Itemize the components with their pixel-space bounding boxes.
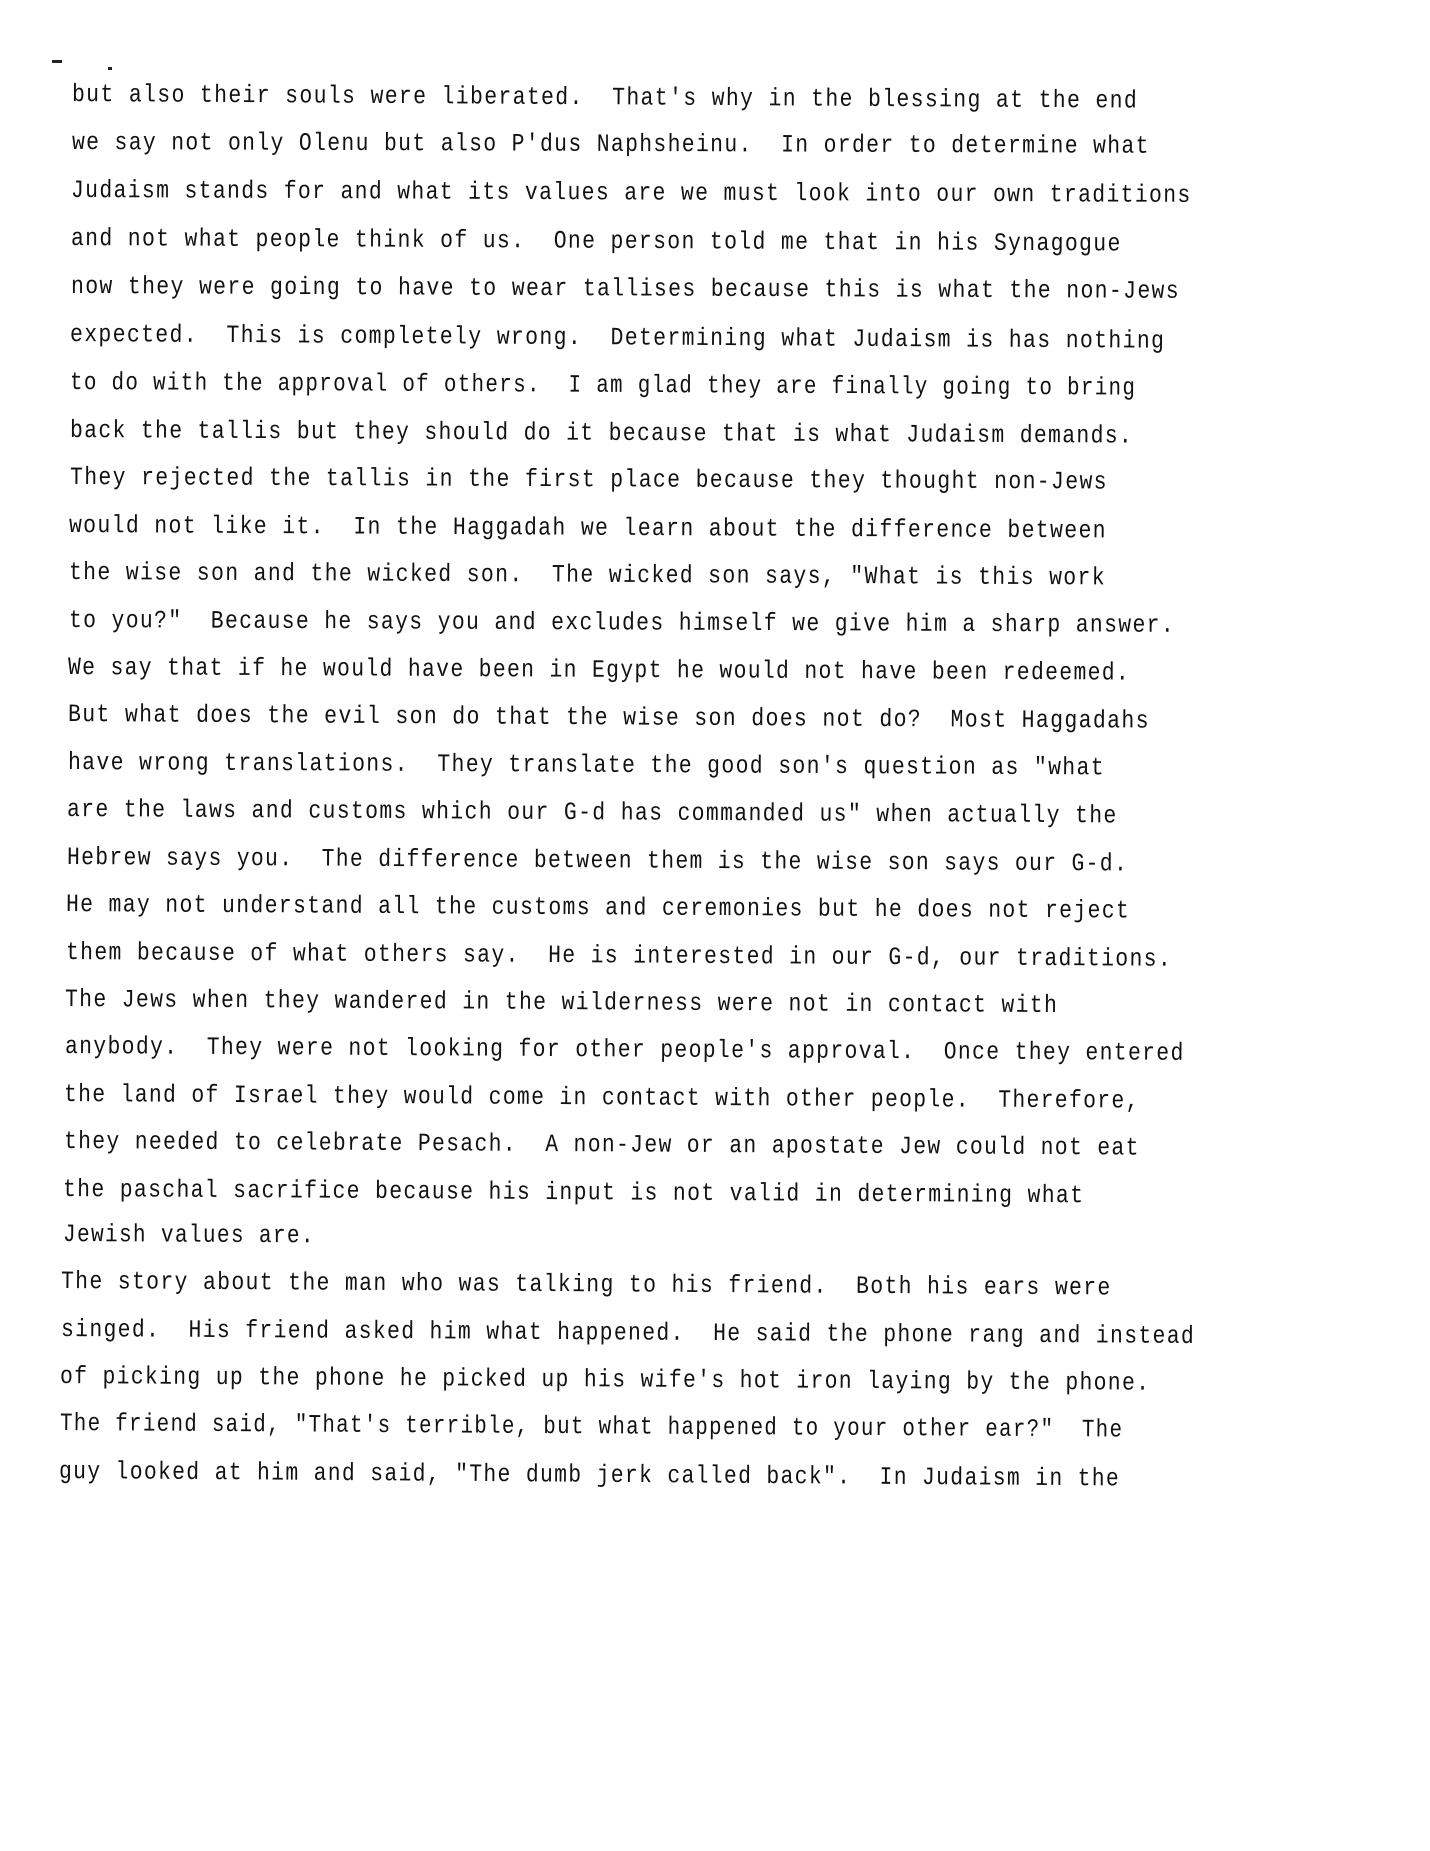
text-line: are the laws and customs which our G-d h… bbox=[67, 795, 1118, 831]
text-line: the wise son and the wicked son. The wic… bbox=[69, 558, 1106, 593]
text-line: singed. His friend asked him what happen… bbox=[61, 1315, 1195, 1352]
scan-speck-mark bbox=[108, 67, 112, 70]
scan-speck-mark bbox=[52, 60, 62, 63]
text-line: and not what people think of us. One per… bbox=[71, 224, 1122, 260]
text-line: anybody. They were not looking for other… bbox=[65, 1032, 1185, 1069]
text-line: to do with the approval of others. I am … bbox=[70, 368, 1136, 404]
text-line: the paschal sacrifice because his input … bbox=[63, 1175, 1085, 1211]
text-line: guy looked at him and said, "The dumb je… bbox=[59, 1457, 1120, 1494]
text-line: the land of Israel they would come in co… bbox=[64, 1080, 1140, 1117]
text-line: We say that if he would have been in Egy… bbox=[68, 653, 1130, 689]
text-line: them because of what others say. He is i… bbox=[66, 938, 1172, 975]
text-line: they needed to celebrate Pesach. A non-J… bbox=[64, 1127, 1140, 1164]
typewritten-page: but also their souls were liberated. Tha… bbox=[0, 0, 1430, 1851]
text-line: have wrong translations. They translate … bbox=[68, 748, 1105, 783]
text-line: Jewish values are. bbox=[63, 1220, 315, 1251]
text-line: He may not understand all the customs an… bbox=[66, 890, 1130, 926]
text-line: but also their souls were liberated. Tha… bbox=[72, 80, 1138, 117]
text-line: we say not only Olenu but also P'dus Nap… bbox=[72, 128, 1150, 162]
text-line: now they were going to have to wear tall… bbox=[71, 272, 1180, 307]
text-line: expected. This is completely wrong. Dete… bbox=[70, 320, 1165, 357]
text-line: Hebrew says you. The difference between … bbox=[67, 843, 1128, 879]
text-line: would not like it. In the Haggadah we le… bbox=[69, 511, 1107, 546]
text-line: But what does the evil son do that the w… bbox=[68, 700, 1150, 737]
text-line: They rejected the tallis in the first pl… bbox=[70, 463, 1108, 498]
text-line: The story about the man who was talking … bbox=[61, 1267, 1112, 1303]
text-line: The friend said, "That's terrible, but w… bbox=[60, 1409, 1124, 1445]
text-line: back the tallis but they should do it be… bbox=[70, 416, 1133, 452]
text-line: Judaism stands for and what its values a… bbox=[71, 176, 1192, 211]
text-line: to you?" Because he says you and exclude… bbox=[69, 606, 1175, 641]
text-line: The Jews when they wandered in the wilde… bbox=[65, 985, 1058, 1021]
text-line: of picking up the phone he picked up his… bbox=[60, 1362, 1151, 1399]
